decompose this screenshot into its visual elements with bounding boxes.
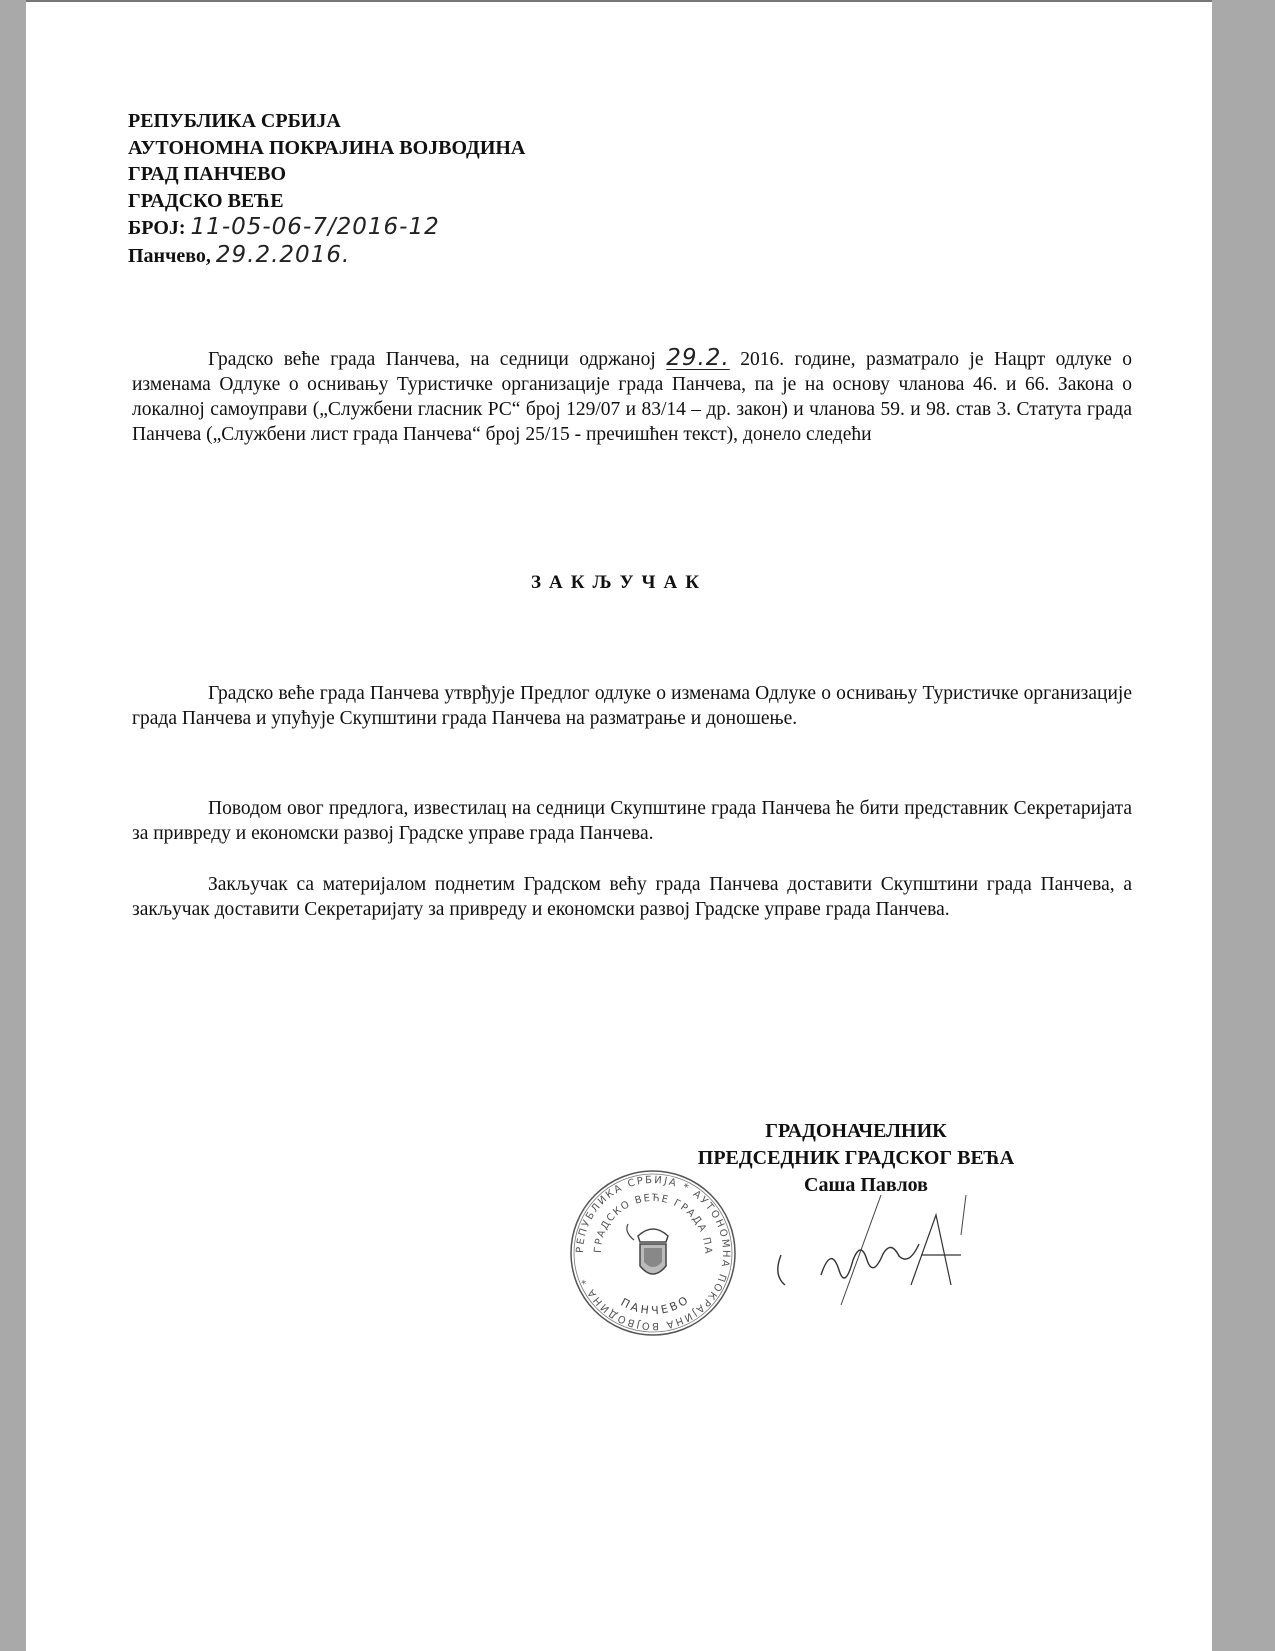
document-header: РЕПУБЛИКА СРБИЈА АУТОНОМНА ПОКРАЈИНА ВОЈ…	[128, 108, 525, 269]
document-title: ЗАКЉУЧАК	[26, 572, 1212, 594]
reference-number: БРОЈ: 11-05-06-7/2016-12	[128, 214, 525, 242]
reference-number-value: 11-05-06-7/2016-12	[191, 214, 440, 240]
header-line: ГРАДСКО ВЕЋЕ	[128, 188, 525, 215]
body-paragraph: Поводом овог предлога, известилац на сед…	[132, 796, 1132, 846]
coat-of-arms-icon	[627, 1224, 668, 1274]
place-date: Панчево, 29.2.2016.	[128, 242, 525, 270]
body-paragraph: Градско веће града Панчева утврђује Пред…	[132, 681, 1132, 731]
session-date: 29.2.	[666, 345, 730, 371]
signatory-title-president: ПРЕДСЕДНИК ГРАДСКОГ ВЕЋА	[646, 1145, 1066, 1172]
body-paragraph: Закључак са материјалом поднетим Градско…	[132, 872, 1132, 922]
signature-block: ГРАДОНАЧЕЛНИК ПРЕДСЕДНИК ГРАДСКОГ ВЕЋА С…	[646, 1118, 1066, 1199]
intro-text-before: Градско веће града Панчева, на седници о…	[208, 349, 666, 370]
document-date: 29.2.2016.	[216, 242, 350, 268]
intro-paragraph: Градско веће града Панчева, на седници о…	[132, 346, 1132, 447]
header-line: ГРАД ПАНЧЕВО	[128, 161, 525, 188]
stamp-bottom-text: ПАНЧЕВО	[619, 1292, 693, 1317]
svg-text:ПАНЧЕВО: ПАНЧЕВО	[619, 1292, 693, 1317]
handwritten-signature-icon	[761, 1195, 991, 1305]
document-page: РЕПУБЛИКА СРБИЈА АУТОНОМНА ПОКРАЈИНА ВОЈ…	[26, 0, 1212, 1651]
signatory-title-mayor: ГРАДОНАЧЕЛНИК	[646, 1118, 1066, 1145]
reference-number-label: БРОЈ:	[128, 217, 186, 239]
place-label: Панчево,	[128, 245, 211, 267]
header-line: АУТОНОМНА ПОКРАЈИНА ВОЈВОДИНА	[128, 135, 525, 162]
header-line: РЕПУБЛИКА СРБИЈА	[128, 108, 525, 135]
